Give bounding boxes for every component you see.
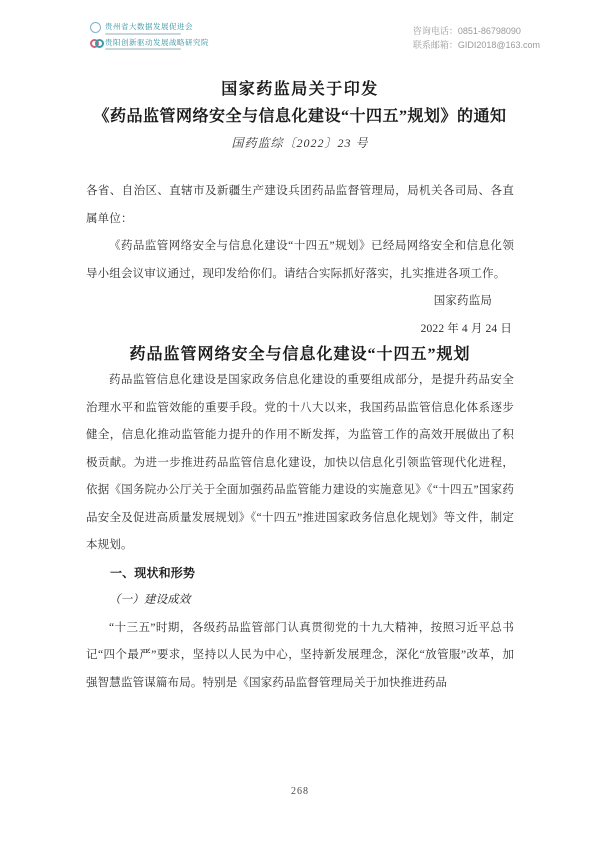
document-body: 各省、自治区、直辖市及新疆生产建设兵团药品监督管理局，局机关各司局、各直属单位：… <box>86 178 514 697</box>
contact-phone: 咨询电话：0851-86798090 <box>413 24 540 38</box>
org2-english-caption <box>105 48 181 50</box>
contact-email: 联系邮箱：GIDI2018@163.com <box>413 38 540 52</box>
subsection1-paragraph: “十三五”时期，各级药品监管部门认真贯彻党的十九大精神，按照习近平总书记“四个最… <box>86 615 514 698</box>
document-page: 贵州省大数据发展促进会 贵阳创新驱动发展战略研究院 咨询电话：0851-8679… <box>0 0 600 848</box>
org2-name: 贵阳创新驱动发展战略研究院 <box>105 38 209 47</box>
subsection1-heading: （一）建设成效 <box>86 587 514 615</box>
org1-name: 贵州省大数据发展促进会 <box>105 22 193 31</box>
org1-row: 贵州省大数据发展促进会 <box>90 22 209 35</box>
plan-intro-paragraph: 药品监管信息化建设是国家政务信息化建设的重要组成部分，是提升药品安全治理水平和监… <box>86 367 514 560</box>
plan-title: 药品监管网络安全与信息化建设“十四五”规划 <box>86 343 514 367</box>
double-ring-logo-icon <box>90 38 102 50</box>
round-emblem-icon <box>90 22 102 34</box>
header-logos: 贵州省大数据发展促进会 贵阳创新驱动发展战略研究院 <box>90 22 209 53</box>
page-number: 268 <box>0 786 600 797</box>
signature-org: 国家药监局 <box>86 288 514 316</box>
salutation: 各省、自治区、直辖市及新疆生产建设兵团药品监督管理局，局机关各司局、各直属单位： <box>86 178 514 233</box>
notice-body-paragraph: 《药品监管网络安全与信息化建设“十四五”规划》已经局网络安全和信息化领导小组会议… <box>86 233 514 288</box>
signature-date: 2022 年 4 月 24 日 <box>86 316 514 344</box>
header-contact: 咨询电话：0851-86798090 联系邮箱：GIDI2018@163.com <box>413 24 540 52</box>
org1-english-caption <box>105 33 181 35</box>
org2-row: 贵阳创新驱动发展战略研究院 <box>90 38 209 51</box>
section1-heading: 一、现状和形势 <box>86 560 514 588</box>
notice-title-line2: 《药品监管网络安全与信息化建设“十四五”规划》的通知 <box>0 103 600 126</box>
notice-title-line1: 国家药监局关于印发 <box>0 76 600 99</box>
doc-number: 国药监综〔2022〕23 号 <box>0 134 600 151</box>
